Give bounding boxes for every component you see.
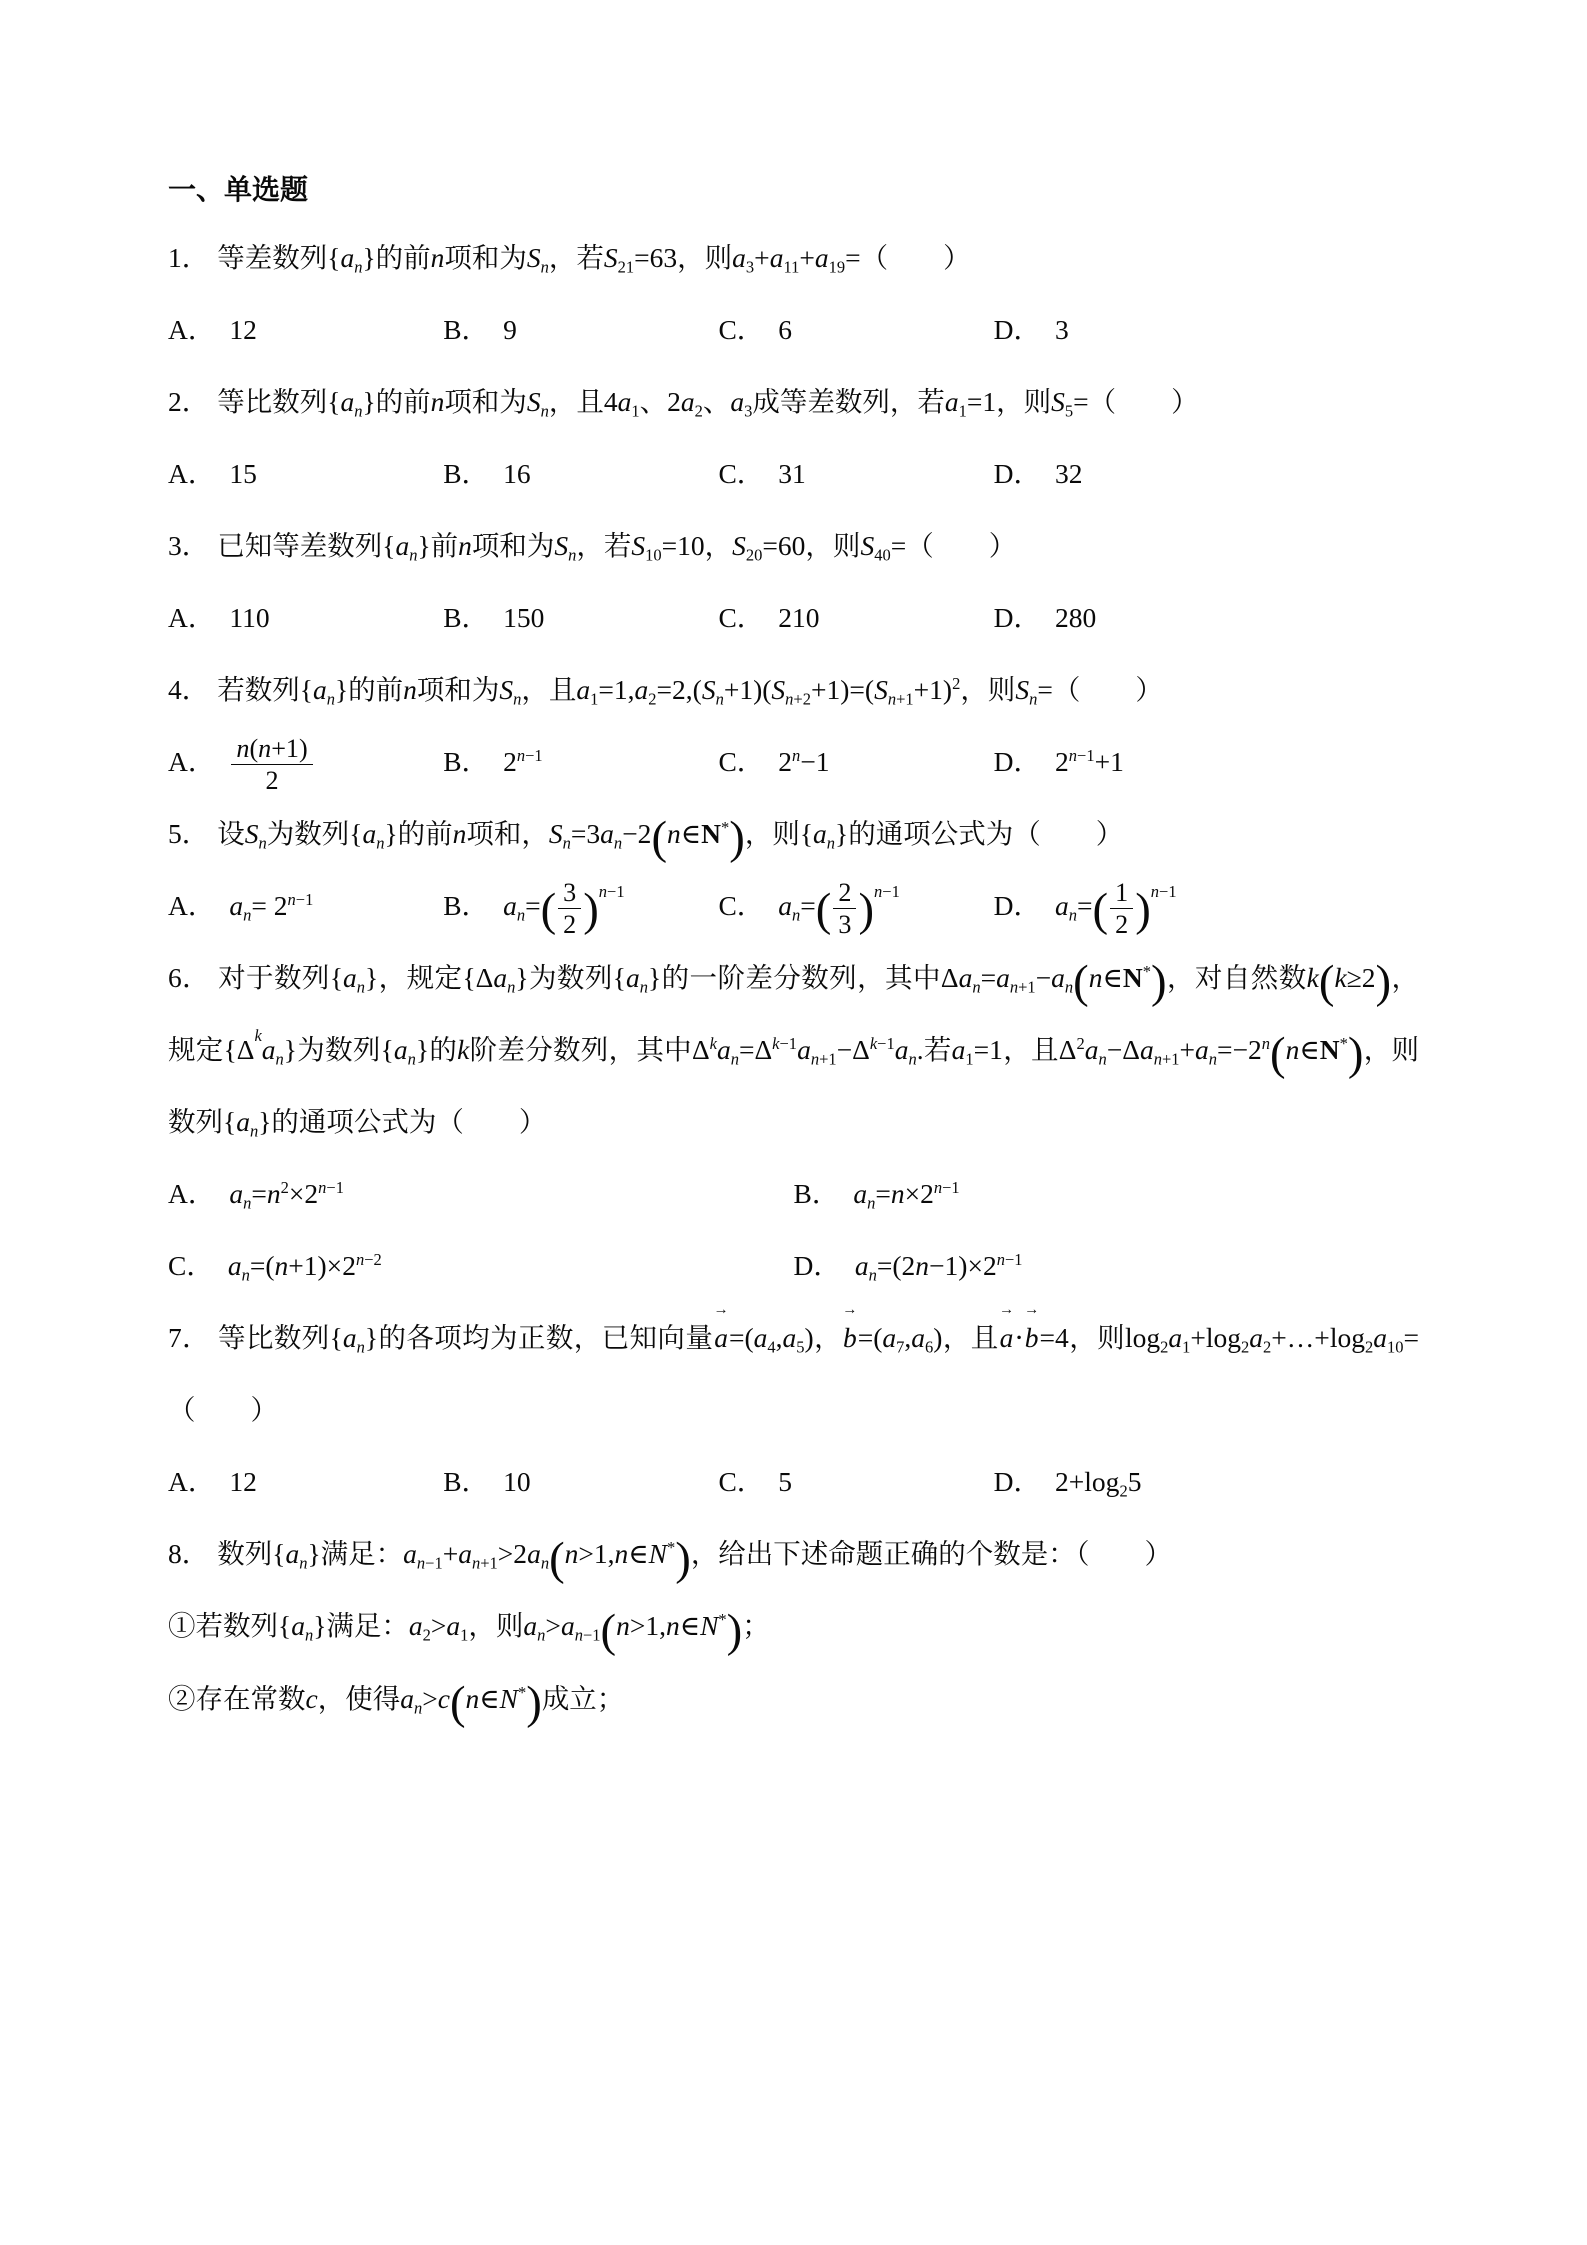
option-item: B．an=(32)n−1 bbox=[443, 870, 718, 942]
option-label: C． bbox=[718, 746, 764, 777]
option-item: C．5 bbox=[718, 1446, 993, 1518]
option-item: D．2n−1+1 bbox=[994, 726, 1269, 798]
question-stem: 5．设Sn为数列{an}的前n项和，Sn=3an−2(n∈N*)，则{an}的通… bbox=[168, 798, 1419, 870]
options-row: A．an=n2×2n−1B．an=n×2n−1C．an=(n+1)×2n−2D．… bbox=[168, 1158, 1419, 1302]
option-value: an=(23)n−1 bbox=[778, 890, 900, 921]
option-label: B． bbox=[443, 746, 489, 777]
option-item: A．an= 2n−1 bbox=[168, 870, 443, 942]
option-label: A． bbox=[168, 458, 215, 489]
option-label: A． bbox=[168, 314, 215, 345]
option-value: an=(n+1)×2n−2 bbox=[228, 1250, 382, 1281]
option-value: 5 bbox=[778, 1466, 792, 1497]
question-7: 7．等比数列{an}的各项均为正数，已知向量a=(a4,a5)，b=(a7,a6… bbox=[168, 1302, 1419, 1518]
option-label: B． bbox=[443, 314, 489, 345]
stem-text: 数列{an}满足：an−1+an+1>2an(n>1,n∈N*)，给出下述命题正… bbox=[217, 1538, 1172, 1569]
option-item: B．2n−1 bbox=[443, 726, 718, 798]
question-list: 1．等差数列{an}的前n项和为Sn，若S21=63，则a3+a11+a19=（… bbox=[168, 222, 1419, 1735]
option-item: A．n(n+1)2 bbox=[168, 726, 443, 798]
question-2: 2．等比数列{an}的前n项和为Sn，且4a1、2a2、a3成等差数列，若a1=… bbox=[168, 366, 1419, 510]
question-stem: 3．已知等差数列{an}前n项和为Sn，若S10=10，S20=60，则S40=… bbox=[168, 510, 1419, 582]
options-row: A．110B．150C．210D．280 bbox=[168, 582, 1269, 654]
option-item: C．an=(23)n−1 bbox=[718, 870, 993, 942]
option-label: A． bbox=[168, 1178, 215, 1209]
question-stem: 7．等比数列{an}的各项均为正数，已知向量a=(a4,a5)，b=(a7,a6… bbox=[168, 1302, 1419, 1446]
option-label: B． bbox=[443, 1466, 489, 1497]
stem-text: 等差数列{an}的前n项和为Sn，若S21=63，则a3+a11+a19=（ ） bbox=[217, 242, 970, 273]
option-label: A． bbox=[168, 1466, 215, 1497]
question-6: 6．对于数列{an}，规定{Δan}为数列{an}的一阶差分数列，其中Δan=a… bbox=[168, 942, 1419, 1302]
options-row: A．an= 2n−1B．an=(32)n−1C．an=(23)n−1D．an=(… bbox=[168, 870, 1269, 942]
section-title: 一、单选题 bbox=[168, 160, 1419, 222]
question-number: 7． bbox=[168, 1322, 210, 1353]
option-label: C． bbox=[718, 314, 764, 345]
question-8: 8．数列{an}满足：an−1+an+1>2an(n>1,n∈N*)，给出下述命… bbox=[168, 1518, 1419, 1734]
option-label: A． bbox=[168, 890, 215, 921]
question-stem: 6．对于数列{an}，规定{Δan}为数列{an}的一阶差分数列，其中Δan=a… bbox=[168, 942, 1419, 1158]
option-value: 2+log25 bbox=[1055, 1466, 1141, 1497]
stem-text: 若数列{an}的前n项和为Sn，且a1=1,a2=2,(Sn+1)(Sn+2+1… bbox=[217, 674, 1163, 705]
options-row: A．15B．16C．31D．32 bbox=[168, 438, 1269, 510]
option-value: 31 bbox=[778, 458, 806, 489]
option-label: D． bbox=[994, 314, 1041, 345]
options-row: A．12B．10C．5D．2+log25 bbox=[168, 1446, 1269, 1518]
option-value: 280 bbox=[1055, 602, 1096, 633]
question-number: 6． bbox=[168, 962, 210, 993]
option-item: D．2+log25 bbox=[994, 1446, 1269, 1518]
exam-page: 一、单选题 1．等差数列{an}的前n项和为Sn，若S21=63，则a3+a11… bbox=[0, 0, 1587, 1735]
stem-text: 等比数列{an}的前n项和为Sn，且4a1、2a2、a3成等差数列，若a1=1，… bbox=[217, 386, 1198, 417]
option-label: D． bbox=[994, 1466, 1041, 1497]
option-label: B． bbox=[443, 458, 489, 489]
option-label: A． bbox=[168, 602, 215, 633]
option-value: 150 bbox=[503, 602, 544, 633]
option-value: an=(32)n−1 bbox=[503, 890, 625, 921]
option-value: an= 2n−1 bbox=[229, 890, 313, 921]
question-number: 2． bbox=[168, 386, 209, 417]
option-value: an=(12)n−1 bbox=[1055, 890, 1177, 921]
option-label: C． bbox=[718, 890, 764, 921]
question-stem: 4．若数列{an}的前n项和为Sn，且a1=1,a2=2,(Sn+1)(Sn+2… bbox=[168, 654, 1419, 726]
option-item: C．210 bbox=[718, 582, 993, 654]
option-value: 3 bbox=[1055, 314, 1069, 345]
option-value: 110 bbox=[229, 602, 269, 633]
option-label: C． bbox=[718, 1466, 764, 1497]
question-number: 1． bbox=[168, 242, 209, 273]
option-item: C．2n−1 bbox=[718, 726, 993, 798]
option-item: A．12 bbox=[168, 294, 443, 366]
option-item: C．an=(n+1)×2n−2 bbox=[168, 1230, 794, 1302]
option-label: B． bbox=[794, 1178, 840, 1209]
option-label: C． bbox=[718, 458, 764, 489]
question-4: 4．若数列{an}的前n项和为Sn，且a1=1,a2=2,(Sn+1)(Sn+2… bbox=[168, 654, 1419, 798]
option-value: an=(2n−1)×2n−1 bbox=[855, 1250, 1023, 1281]
option-item: D．280 bbox=[994, 582, 1269, 654]
option-value: 6 bbox=[778, 314, 792, 345]
option-item: C．31 bbox=[718, 438, 993, 510]
option-item: B．150 bbox=[443, 582, 718, 654]
option-label: D． bbox=[994, 746, 1041, 777]
question-stem: 1．等差数列{an}的前n项和为Sn，若S21=63，则a3+a11+a19=（… bbox=[168, 222, 1419, 294]
option-value: an=n2×2n−1 bbox=[229, 1178, 344, 1209]
option-value: 12 bbox=[229, 314, 257, 345]
option-item: B．10 bbox=[443, 1446, 718, 1518]
option-label: B． bbox=[443, 602, 489, 633]
options-row: A．12B．9C．6D．3 bbox=[168, 294, 1269, 366]
option-value: 2n−1 bbox=[503, 746, 543, 777]
option-label: C． bbox=[168, 1250, 214, 1281]
stem-text: 已知等差数列{an}前n项和为Sn，若S10=10，S20=60，则S40=（ … bbox=[217, 530, 1016, 561]
question-number: 5． bbox=[168, 818, 209, 849]
question-number: 4． bbox=[168, 674, 209, 705]
option-item: B．9 bbox=[443, 294, 718, 366]
option-label: C． bbox=[718, 602, 764, 633]
option-label: D． bbox=[994, 602, 1041, 633]
option-item: B．an=n×2n−1 bbox=[794, 1158, 1420, 1230]
option-value: 9 bbox=[503, 314, 517, 345]
question-number: 8． bbox=[168, 1538, 209, 1569]
option-value: 10 bbox=[503, 1466, 531, 1497]
statement-line: ①若数列{an}满足：a2>a1，则an>an−1(n>1,n∈N*)； bbox=[168, 1590, 1419, 1662]
option-value: 2n−1 bbox=[778, 746, 829, 777]
option-item: A．110 bbox=[168, 582, 443, 654]
option-label: D． bbox=[794, 1250, 841, 1281]
option-item: D．3 bbox=[994, 294, 1269, 366]
option-item: C．6 bbox=[718, 294, 993, 366]
option-label: A． bbox=[168, 746, 215, 777]
stem-text: 等比数列{an}的各项均为正数，已知向量a=(a4,a5)，b=(a7,a6)，… bbox=[168, 1322, 1419, 1425]
options-row: A．n(n+1)2B．2n−1C．2n−1D．2n−1+1 bbox=[168, 726, 1269, 798]
question-number: 3． bbox=[168, 530, 209, 561]
option-label: B． bbox=[443, 890, 489, 921]
option-value: 16 bbox=[503, 458, 531, 489]
option-value: n(n+1)2 bbox=[229, 746, 314, 777]
option-value: 12 bbox=[229, 1466, 257, 1497]
question-1: 1．等差数列{an}的前n项和为Sn，若S21=63，则a3+a11+a19=（… bbox=[168, 222, 1419, 366]
option-label: D． bbox=[994, 458, 1041, 489]
option-item: A．12 bbox=[168, 1446, 443, 1518]
question-stem: 8．数列{an}满足：an−1+an+1>2an(n>1,n∈N*)，给出下述命… bbox=[168, 1518, 1419, 1590]
option-value: an=n×2n−1 bbox=[853, 1178, 959, 1209]
option-value: 2n−1+1 bbox=[1055, 746, 1124, 777]
question-stem: 2．等比数列{an}的前n项和为Sn，且4a1、2a2、a3成等差数列，若a1=… bbox=[168, 366, 1419, 438]
option-item: D．an=(2n−1)×2n−1 bbox=[794, 1230, 1420, 1302]
option-item: D．an=(12)n−1 bbox=[994, 870, 1269, 942]
statement-line: ②存在常数c，使得an>c(n∈N*)成立； bbox=[168, 1663, 1419, 1735]
question-5: 5．设Sn为数列{an}的前n项和，Sn=3an−2(n∈N*)，则{an}的通… bbox=[168, 798, 1419, 942]
option-item: B．16 bbox=[443, 438, 718, 510]
option-item: A．15 bbox=[168, 438, 443, 510]
option-value: 210 bbox=[778, 602, 819, 633]
stem-text: 对于数列{an}，规定{Δan}为数列{an}的一阶差分数列，其中Δan=an+… bbox=[168, 962, 1419, 1137]
stem-text: 设Sn为数列{an}的前n项和，Sn=3an−2(n∈N*)，则{an}的通项公… bbox=[217, 818, 1123, 849]
option-value: 32 bbox=[1055, 458, 1083, 489]
option-label: D． bbox=[994, 890, 1041, 921]
option-value: 15 bbox=[229, 458, 257, 489]
question-3: 3．已知等差数列{an}前n项和为Sn，若S10=10，S20=60，则S40=… bbox=[168, 510, 1419, 654]
option-item: A．an=n2×2n−1 bbox=[168, 1158, 794, 1230]
option-item: D．32 bbox=[994, 438, 1269, 510]
